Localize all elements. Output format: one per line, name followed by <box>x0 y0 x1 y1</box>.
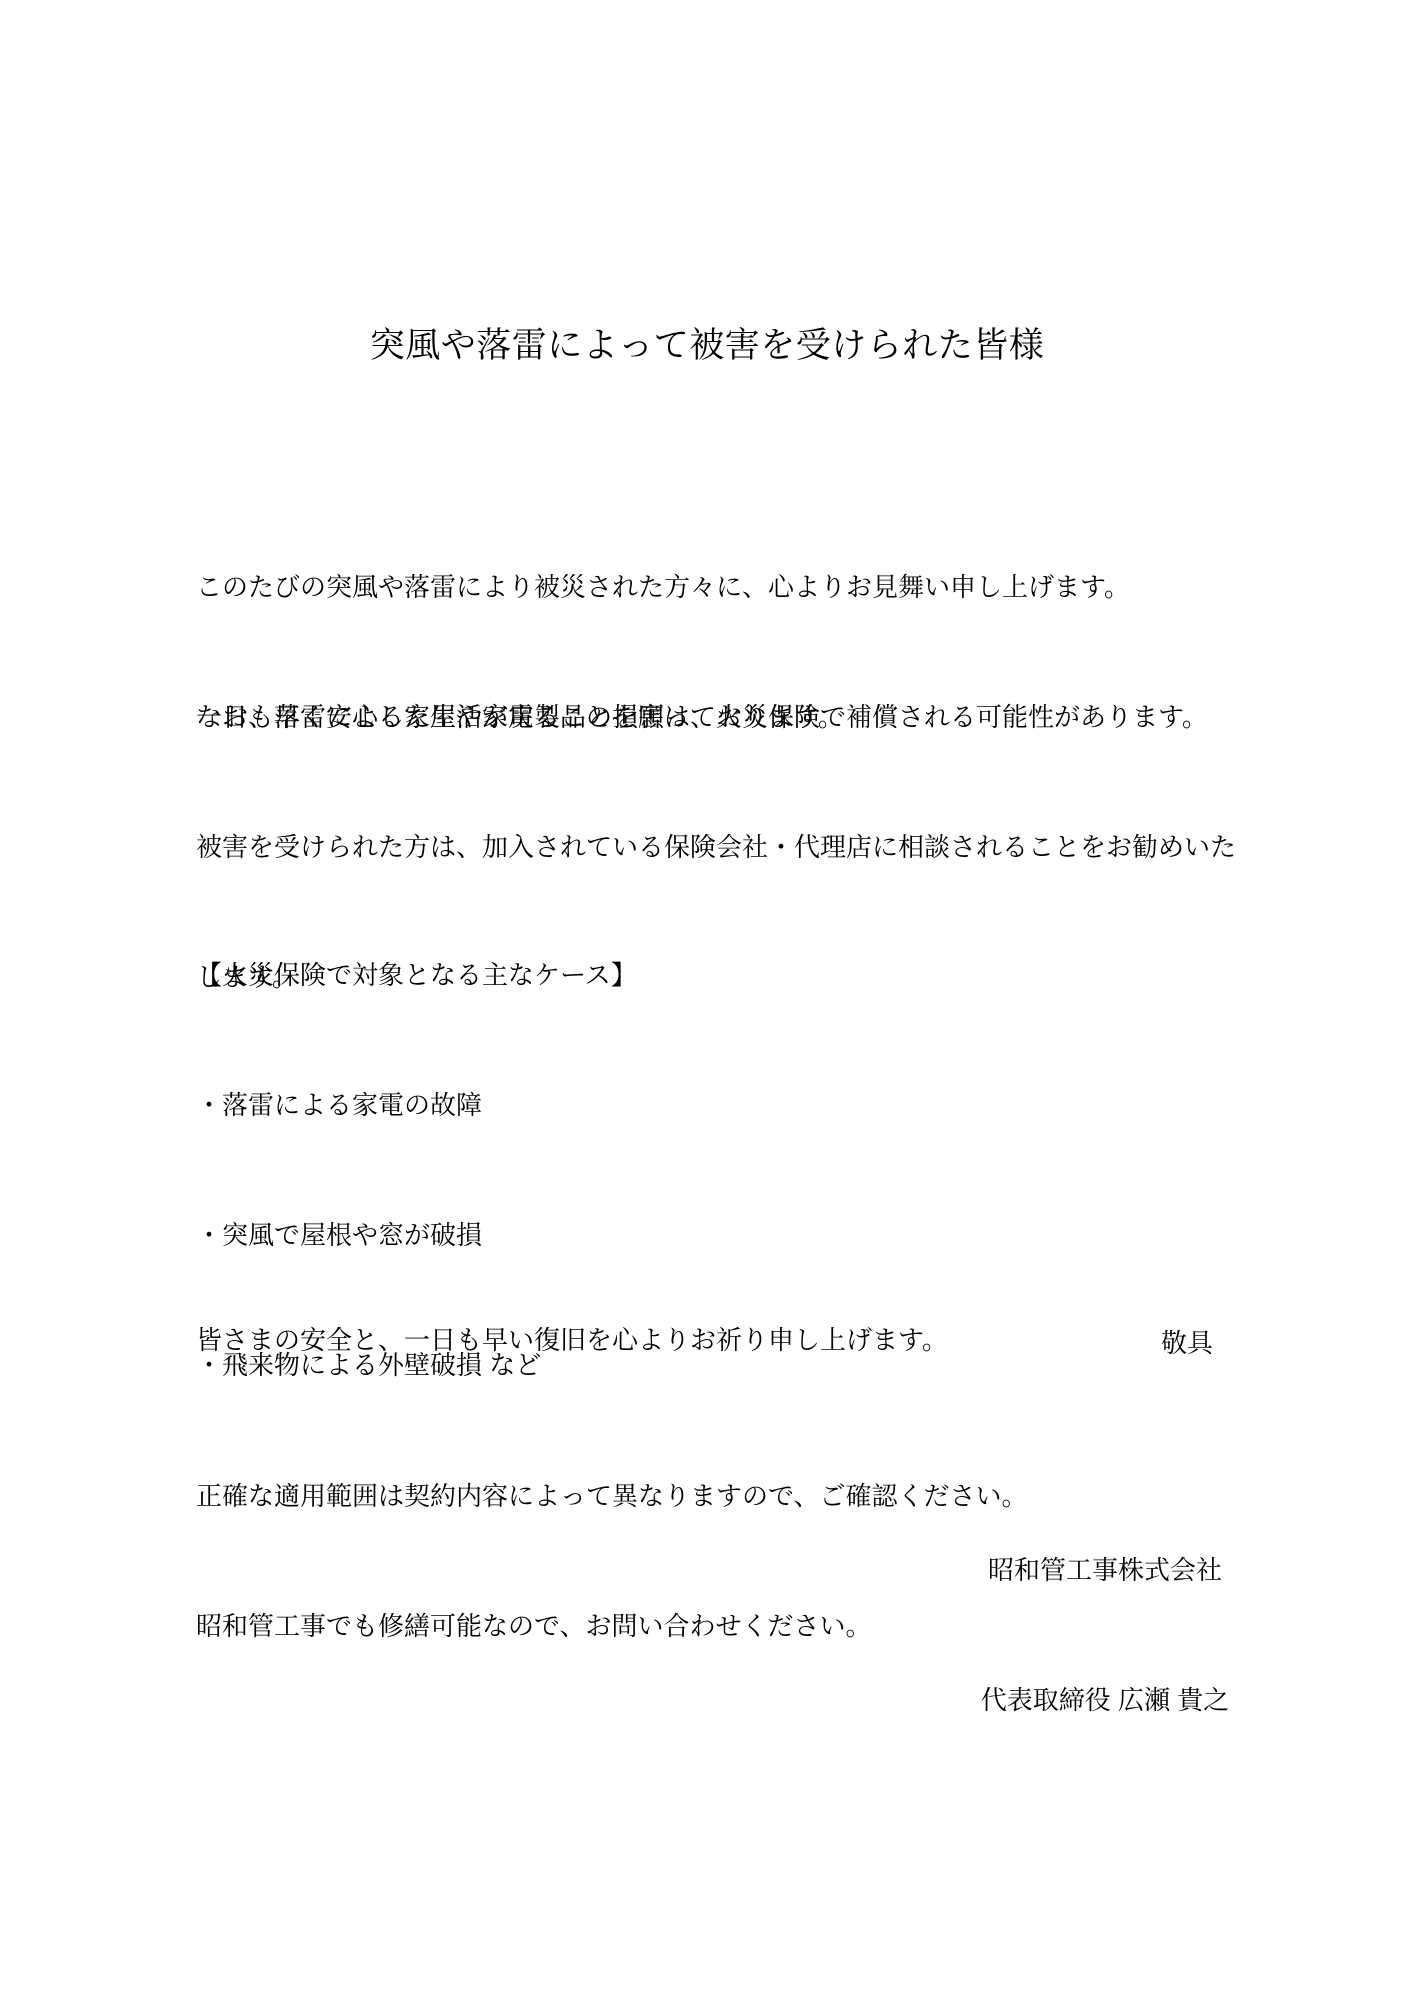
representative-name: 代表取締役 広瀬 貴之 <box>905 1679 1305 1722</box>
cases-note-line: 昭和管工事でも修繕可能なので、お問い合わせください。 <box>196 1605 1027 1648</box>
letter-page: 突風や落雷によって被害を受けられた皆様 このたびの突風や落雷により被災された方々… <box>0 0 1414 2000</box>
cases-heading: 【火災保険で対象となる主なケース】 <box>196 954 1027 997</box>
case-bullet: ・落雷による家電の故障 <box>196 1084 1027 1127</box>
signature-block: 昭和管工事株式会社 代表取締役 広瀬 貴之 <box>905 1462 1305 1809</box>
closing-line: 皆さまの安全と、一日も早い復旧を心よりお祈り申し上げます。 <box>196 1319 948 1362</box>
cases-note-line: 正確な適用範囲は契約内容によって異なりますので、ご確認ください。 <box>196 1475 1027 1518</box>
notice-line: 被害を受けられた方は、加入されている保険会社・代理店に相談されることをお勧めいた <box>196 826 1236 869</box>
letter-title: 突風や落雷によって被害を受けられた皆様 <box>0 326 1414 366</box>
company-name: 昭和管工事株式会社 <box>905 1549 1305 1592</box>
closing-salutation: 敬具 <box>1161 1322 1213 1365</box>
greeting-line: このたびの突風や落雷により被災された方々に、心よりお見舞い申し上げます。 <box>196 566 1130 609</box>
closing-paragraph: 皆さまの安全と、一日も早い復旧を心よりお祈り申し上げます。 <box>196 1232 948 1449</box>
notice-line: なお、落雷による家屋や家電製品の損害は、火災保険で補償される可能性があります。 <box>196 696 1236 739</box>
